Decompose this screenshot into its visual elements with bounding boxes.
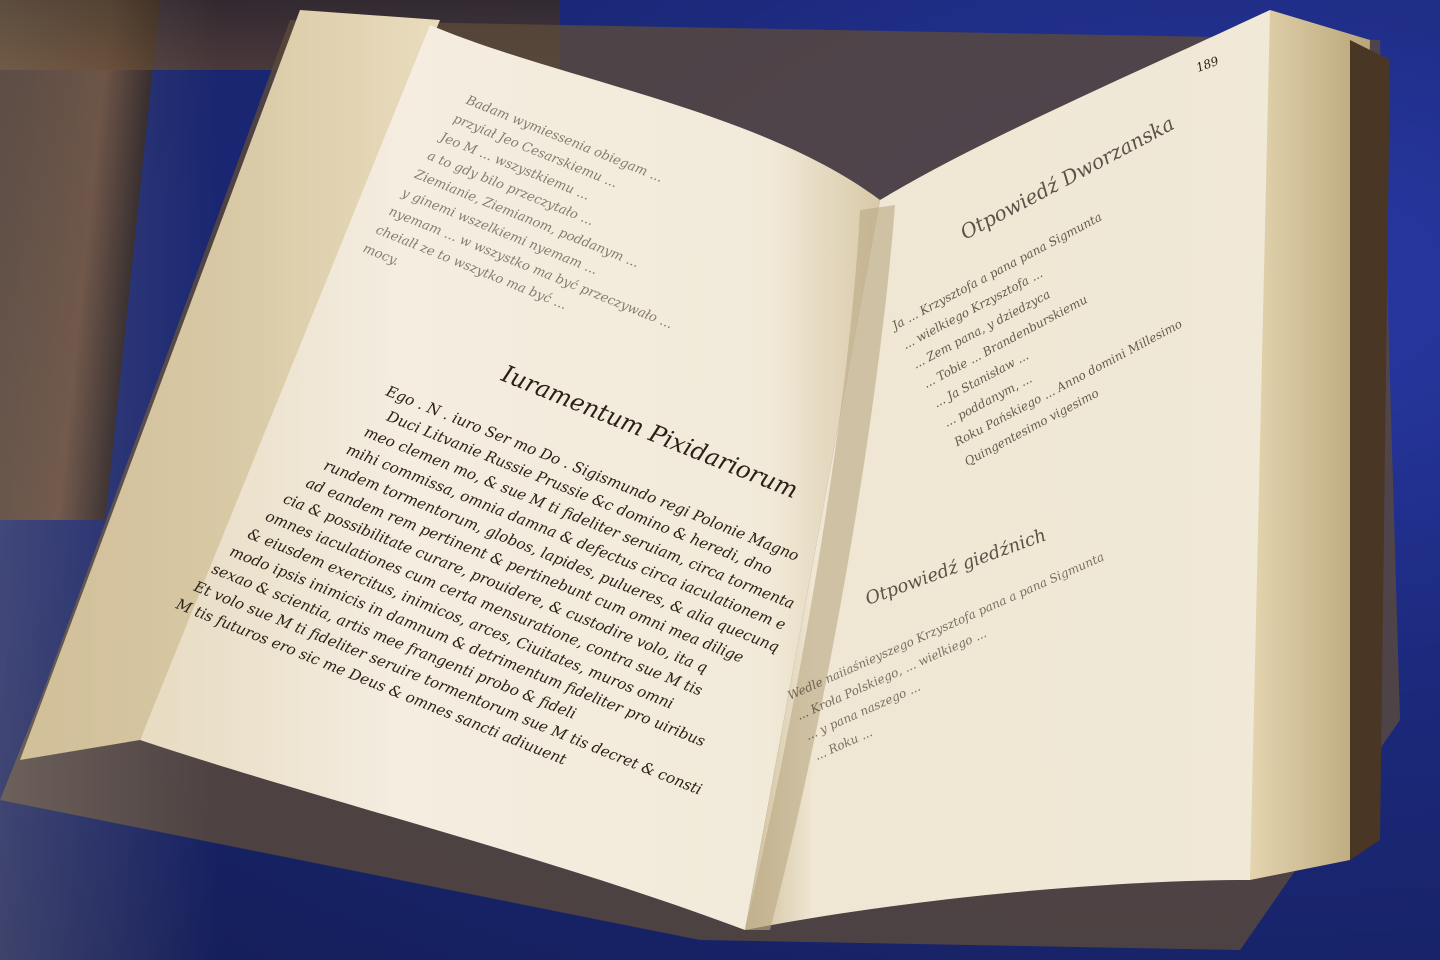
glass-reflection [0,0,220,960]
photo-scene: Badam wymiessenia obiegam ... przyiał Je… [0,0,1440,960]
